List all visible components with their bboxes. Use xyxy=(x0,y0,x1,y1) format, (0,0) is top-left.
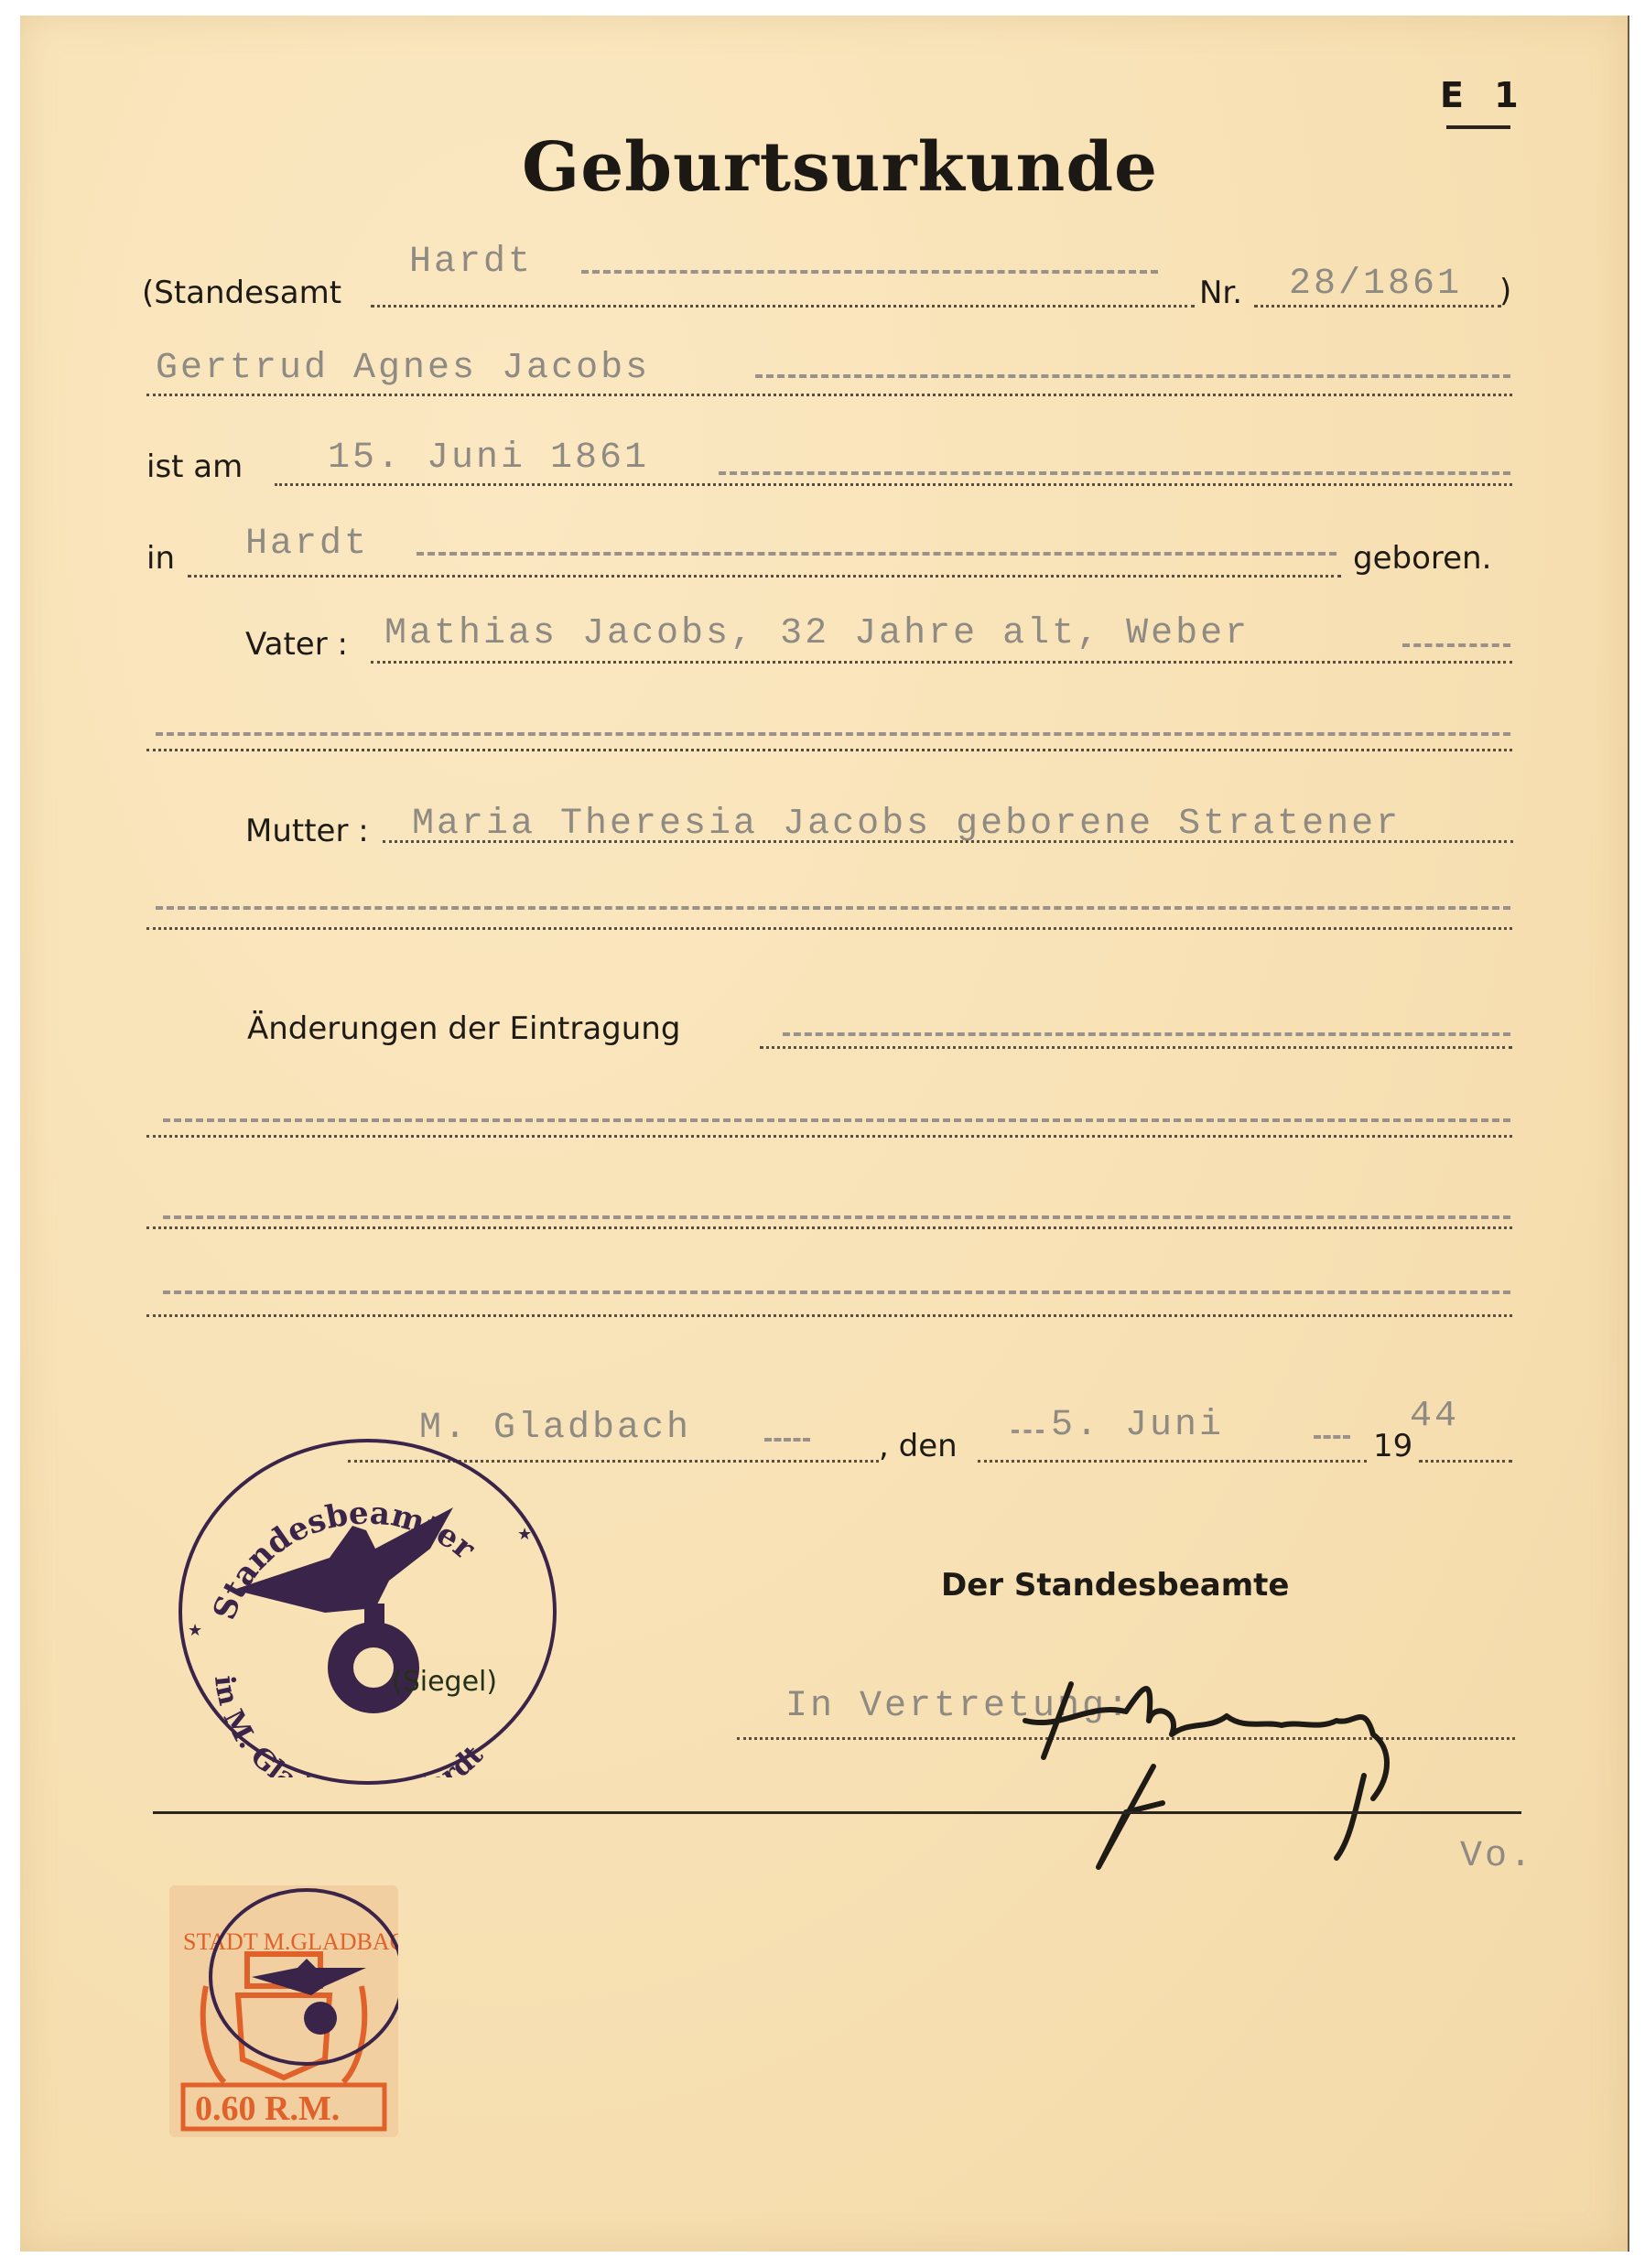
birth-date-label: ist am xyxy=(146,448,243,485)
svg-text:★: ★ xyxy=(188,1621,202,1639)
year-line xyxy=(1419,1460,1512,1463)
form-code: E 1 xyxy=(1440,75,1528,115)
nr-label: Nr. xyxy=(1199,275,1242,311)
mother-label: Mutter : xyxy=(245,813,369,849)
mother-line xyxy=(383,840,1513,843)
birth-date-filler xyxy=(719,471,1510,475)
father-value: Mathias Jacobs, 32 Jahre alt, Weber xyxy=(384,613,1250,654)
issue-date-filler-right xyxy=(1314,1435,1350,1439)
amendments-line2 xyxy=(146,1135,1512,1138)
year-prefix: 19 xyxy=(1373,1428,1412,1464)
issue-date-filler-left xyxy=(1012,1430,1044,1433)
geboren-label: geboren. xyxy=(1353,540,1491,577)
official-title: Der Standesbeamte xyxy=(941,1567,1290,1604)
page-title: Geburtsurkunde xyxy=(522,128,1158,207)
standesamt-line xyxy=(371,305,1195,308)
amendments-label: Änderungen der Eintragung xyxy=(247,1010,680,1047)
amendments-line3 xyxy=(146,1226,1512,1229)
birth-place-value: Hardt xyxy=(245,524,369,565)
father-line xyxy=(371,661,1512,664)
amendments-line3-filler xyxy=(163,1215,1510,1219)
issue-date-line xyxy=(978,1460,1367,1463)
amendments-filler xyxy=(783,1032,1510,1036)
registry-close-paren: ) xyxy=(1499,273,1511,309)
mother-line2 xyxy=(146,927,1512,930)
nr-value: 28/1861 xyxy=(1289,264,1462,305)
child-name-value: Gertrud Agnes Jacobs xyxy=(156,348,650,389)
birth-place-filler xyxy=(417,552,1337,556)
amendments-line2-filler xyxy=(163,1118,1510,1122)
revenue-stamp-value: 0.60 R.M. xyxy=(195,2090,340,2128)
revenue-stamp: STADT M.GLADBACH 0.60 R.M. xyxy=(169,1885,398,2137)
amendments-line4-filler xyxy=(163,1291,1510,1294)
seal-placeholder-label: (Siegel) xyxy=(392,1666,497,1698)
child-name-filler xyxy=(755,374,1510,378)
birth-place-line xyxy=(188,575,1341,578)
standesamt-label: (Standesamt xyxy=(142,275,341,311)
form-code-underline xyxy=(1446,125,1510,129)
standesamt-filler xyxy=(581,270,1158,274)
mother-value: Maria Theresia Jacobs geborene Stratener xyxy=(412,804,1401,845)
issue-date-value: 5. Juni xyxy=(1051,1405,1224,1446)
child-name-line xyxy=(146,394,1512,396)
amendments-line xyxy=(760,1046,1512,1049)
footer-abbr: Vo. xyxy=(1460,1836,1534,1877)
den-label: , den xyxy=(879,1428,958,1464)
amendments-line4 xyxy=(146,1314,1512,1317)
father-line2-filler xyxy=(156,732,1510,736)
birth-place-label: in xyxy=(146,540,175,577)
birth-date-line xyxy=(275,483,1512,486)
issue-place-filler xyxy=(764,1438,810,1442)
official-seal: Standesbeamter in M. Gladbach - Hardt ★ … xyxy=(179,1439,557,1785)
year-suffix: 44 xyxy=(1410,1396,1459,1437)
father-filler xyxy=(1402,643,1510,647)
father-line2 xyxy=(146,749,1512,751)
mother-line2-filler xyxy=(156,906,1510,910)
signature-rule xyxy=(153,1811,1521,1814)
nr-line xyxy=(1254,305,1501,308)
svg-text:★: ★ xyxy=(517,1525,532,1543)
father-label: Vater : xyxy=(245,626,348,663)
standesamt-value: Hardt xyxy=(409,242,533,283)
birth-date-value: 15. Juni 1861 xyxy=(328,437,649,479)
